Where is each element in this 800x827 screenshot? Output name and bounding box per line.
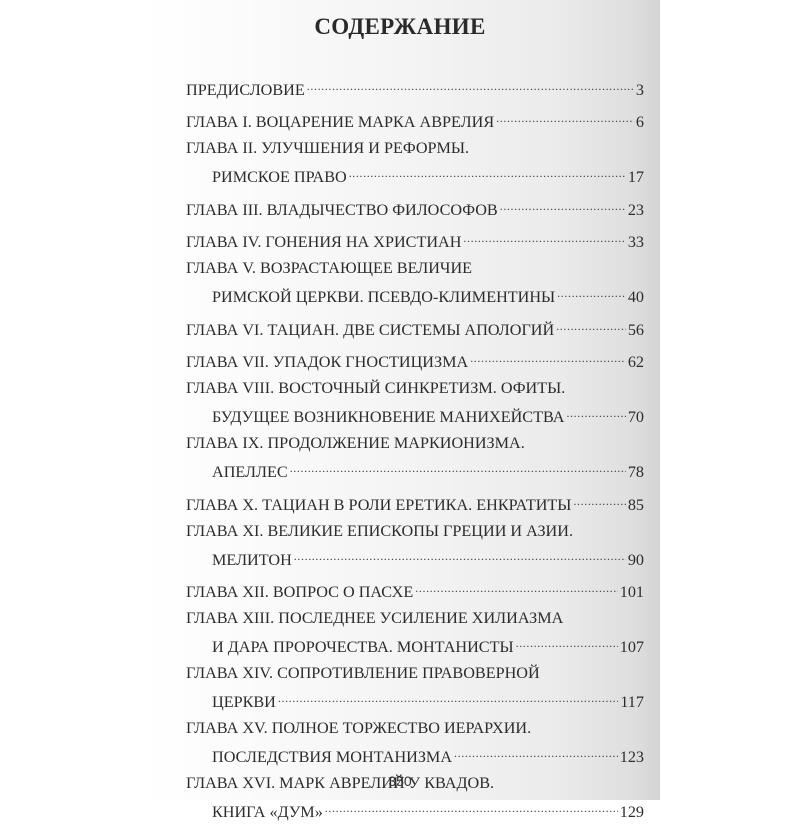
toc-entry-title: ПРЕДИСЛОВИЕ: [186, 79, 305, 102]
toc-entry: ГЛАВА III. ВЛАДЫЧЕСТВО ФИЛОСОФОВ23: [186, 192, 644, 215]
toc-entry-title: АПЕЛЛЕС: [212, 461, 288, 484]
dot-leader: [278, 685, 618, 708]
book-page: СОДЕРЖАНИЕ ПРЕДИСЛОВИЕ3ГЛАВА I. ВОЦАРЕНИ…: [140, 0, 660, 800]
toc-entry-title: ГЛАВА VI. ТАЦИАН. ДВЕ СИСТЕМЫ АПОЛОГИЙ: [186, 319, 554, 342]
toc-entry: ГЛАВА IV. ГОНЕНИЯ НА ХРИСТИАН33: [186, 225, 644, 248]
toc-entry-page: 56: [628, 319, 644, 342]
toc-entry: ГЛАВА II. УЛУЧШЕНИЯ И РЕФОРМЫ.РИМСКОЕ ПР…: [186, 137, 644, 182]
toc-entry-page: 90: [628, 549, 644, 572]
toc-entry-page: 23: [628, 199, 644, 222]
toc-entry-heading-line: ГЛАВА XV. ПОЛНОЕ ТОРЖЕСТВО ИЕРАРХИИ.: [186, 717, 644, 740]
toc-entry-continuation-line: БУДУЩЕЕ ВОЗНИКНОВЕНИЕ МАНИХЕЙСТВА70: [186, 400, 644, 423]
toc-entry: ГЛАВА VI. ТАЦИАН. ДВЕ СИСТЕМЫ АПОЛОГИЙ56: [186, 312, 644, 335]
dot-leader: [470, 345, 626, 368]
toc-entry-page: 117: [620, 691, 644, 714]
toc-entry-title: БУДУЩЕЕ ВОЗНИКНОВЕНИЕ МАНИХЕЙСТВА: [212, 406, 564, 429]
dot-leader: [496, 105, 634, 128]
toc-entry: ГЛАВА X. ТАЦИАН В РОЛИ ЕРЕТИКА. ЕНКРАТИТ…: [186, 487, 644, 510]
toc-entry: ГЛАВА IX. ПРОДОЛЖЕНИЕ МАРКИОНИЗМА.АПЕЛЛЕ…: [186, 432, 644, 477]
toc-entry-title: ГЛАВА XIV. СОПРОТИВЛЕНИЕ ПРАВОВЕРНОЙ: [186, 662, 540, 685]
toc-title: СОДЕРЖАНИЕ: [140, 14, 660, 40]
toc-entry-title: РИМСКОЕ ПРАВО: [212, 166, 347, 189]
toc-entry-page: 62: [628, 351, 644, 374]
toc-entry-page: 17: [628, 166, 644, 189]
toc-entry: ГЛАВА VIII. ВОСТОЧНЫЙ СИНКРЕТИЗМ. ОФИТЫ.…: [186, 377, 644, 422]
toc-entry: ГЛАВА XII. ВОПРОС О ПАСХЕ101: [186, 575, 644, 598]
toc-entry-page: 78: [628, 461, 644, 484]
toc-entry-page: 33: [628, 231, 644, 254]
toc-entry-page: 123: [620, 746, 644, 769]
toc-entry: ГЛАВА XI. ВЕЛИКИЕ ЕПИСКОПЫ ГРЕЦИИ И АЗИИ…: [186, 520, 644, 565]
toc-entry-title: РИМСКОЙ ЦЕРКВИ. ПСЕВДО-КЛИМЕНТИНЫ: [212, 286, 555, 309]
dot-leader: [566, 400, 625, 423]
toc-entry-heading-line: ГЛАВА XI. ВЕЛИКИЕ ЕПИСКОПЫ ГРЕЦИИ И АЗИИ…: [186, 520, 644, 543]
toc-entry-heading-line: ГЛАВА XIV. СОПРОТИВЛЕНИЕ ПРАВОВЕРНОЙ: [186, 662, 644, 685]
toc-entry-page: 3: [636, 79, 644, 102]
toc-entry-title: ГЛАВА V. ВОЗРАСТАЮЩЕЕ ВЕЛИЧИЕ: [186, 257, 472, 280]
toc-entry-page: 101: [620, 581, 644, 604]
toc-entry-title: ГЛАВА X. ТАЦИАН В РОЛИ ЕРЕТИКА. ЕНКРАТИТ…: [186, 494, 571, 517]
toc-entry-heading-line: ГЛАВА I. ВОЦАРЕНИЕ МАРКА АВРЕЛИЯ6: [186, 105, 644, 128]
dot-leader: [463, 225, 625, 248]
toc-entry-title: ГЛАВА XV. ПОЛНОЕ ТОРЖЕСТВО ИЕРАРХИИ.: [186, 717, 531, 740]
table-of-contents: ПРЕДИСЛОВИЕ3ГЛАВА I. ВОЦАРЕНИЕ МАРКА АВР…: [186, 72, 644, 800]
toc-entry-title: ГЛАВА XI. ВЕЛИКИЕ ЕПИСКОПЫ ГРЕЦИИ И АЗИИ…: [186, 520, 573, 543]
dot-leader: [500, 192, 626, 215]
toc-entry-page: 85: [628, 494, 644, 517]
toc-entry-continuation-line: РИМСКОЕ ПРАВО17: [186, 160, 644, 183]
toc-entry-page: 6: [636, 111, 644, 134]
dot-leader: [349, 160, 626, 183]
toc-entry-page: 40: [628, 286, 644, 309]
toc-entry-heading-line: ГЛАВА VIII. ВОСТОЧНЫЙ СИНКРЕТИЗМ. ОФИТЫ.: [186, 377, 644, 400]
toc-entry: ГЛАВА I. ВОЦАРЕНИЕ МАРКА АВРЕЛИЯ6: [186, 105, 644, 128]
toc-entry: ГЛАВА XIII. ПОСЛЕДНЕЕ УСИЛЕНИЕ ХИЛИАЗМАИ…: [186, 607, 644, 652]
dot-leader: [556, 312, 626, 335]
toc-entry-heading-line: ГЛАВА III. ВЛАДЫЧЕСТВО ФИЛОСОФОВ23: [186, 192, 644, 215]
dot-leader: [573, 487, 625, 510]
dot-leader: [415, 575, 617, 598]
dot-leader: [516, 630, 618, 653]
toc-entry-heading-line: ГЛАВА II. УЛУЧШЕНИЯ И РЕФОРМЫ.: [186, 137, 644, 160]
toc-entry-title: ГЛАВА II. УЛУЧШЕНИЯ И РЕФОРМЫ.: [186, 137, 469, 160]
toc-entry-heading-line: ГЛАВА V. ВОЗРАСТАЮЩЕЕ ВЕЛИЧИЕ: [186, 257, 644, 280]
dot-leader: [557, 280, 626, 303]
toc-entry-continuation-line: АПЕЛЛЕС78: [186, 455, 644, 478]
toc-entry-title: ГЛАВА III. ВЛАДЫЧЕСТВО ФИЛОСОФОВ: [186, 199, 498, 222]
toc-entry-heading-line: ГЛАВА IX. ПРОДОЛЖЕНИЕ МАРКИОНИЗМА.: [186, 432, 644, 455]
toc-entry-continuation-line: КНИГА «ДУМ»129: [186, 795, 644, 801]
toc-entry-continuation-line: РИМСКОЙ ЦЕРКВИ. ПСЕВДО-КЛИМЕНТИНЫ40: [186, 280, 644, 303]
toc-entry-heading-line: ПРЕДИСЛОВИЕ3: [186, 72, 644, 95]
toc-entry-continuation-line: И ДАРА ПРОРОЧЕСТВА. МОНТАНИСТЫ107: [186, 630, 644, 653]
toc-entry-heading-line: ГЛАВА XIII. ПОСЛЕДНЕЕ УСИЛЕНИЕ ХИЛИАЗМА: [186, 607, 644, 630]
toc-entry-continuation-line: МЕЛИТОН90: [186, 542, 644, 565]
toc-entry-page: 70: [628, 406, 644, 429]
toc-entry: ГЛАВА V. ВОЗРАСТАЮЩЕЕ ВЕЛИЧИЕРИМСКОЙ ЦЕР…: [186, 257, 644, 302]
toc-entry-continuation-line: ПОСЛЕДСТВИЯ МОНТАНИЗМА123: [186, 740, 644, 763]
dot-leader: [290, 455, 626, 478]
toc-entry: ГЛАВА XIV. СОПРОТИВЛЕНИЕ ПРАВОВЕРНОЙЦЕРК…: [186, 662, 644, 707]
toc-entry-title: ГЛАВА VIII. ВОСТОЧНЫЙ СИНКРЕТИЗМ. ОФИТЫ.: [186, 377, 565, 400]
toc-entry-title: ГЛАВА I. ВОЦАРЕНИЕ МАРКА АВРЕЛИЯ: [186, 111, 494, 134]
toc-entry-title: ГЛАВА IX. ПРОДОЛЖЕНИЕ МАРКИОНИЗМА.: [186, 432, 525, 455]
toc-entry: ПРЕДИСЛОВИЕ3: [186, 72, 644, 95]
toc-entry: ГЛАВА XV. ПОЛНОЕ ТОРЖЕСТВО ИЕРАРХИИ.ПОСЛ…: [186, 717, 644, 762]
dot-leader: [325, 795, 618, 801]
toc-entry-title: ГЛАВА XIII. ПОСЛЕДНЕЕ УСИЛЕНИЕ ХИЛИАЗМА: [186, 607, 563, 630]
toc-entry-title: ЦЕРКВИ: [212, 691, 276, 714]
toc-entry-title: ГЛАВА VII. УПАДОК ГНОСТИЦИЗМА: [186, 351, 468, 374]
toc-entry-continuation-line: ЦЕРКВИ117: [186, 685, 644, 708]
page-number: 350: [140, 773, 660, 789]
toc-entry-heading-line: ГЛАВА XII. ВОПРОС О ПАСХЕ101: [186, 575, 644, 598]
toc-entry-title: ГЛАВА IV. ГОНЕНИЯ НА ХРИСТИАН: [186, 231, 461, 254]
toc-entry-title: МЕЛИТОН: [212, 549, 292, 572]
dot-leader: [454, 740, 618, 763]
toc-entry: ГЛАВА VII. УПАДОК ГНОСТИЦИЗМА62: [186, 345, 644, 368]
toc-entry-heading-line: ГЛАВА VI. ТАЦИАН. ДВЕ СИСТЕМЫ АПОЛОГИЙ56: [186, 312, 644, 335]
dot-leader: [307, 72, 634, 95]
toc-entry-heading-line: ГЛАВА VII. УПАДОК ГНОСТИЦИЗМА62: [186, 345, 644, 368]
toc-entry-title: ПОСЛЕДСТВИЯ МОНТАНИЗМА: [212, 746, 452, 769]
toc-entry-heading-line: ГЛАВА IV. ГОНЕНИЯ НА ХРИСТИАН33: [186, 225, 644, 248]
toc-entry-title: И ДАРА ПРОРОЧЕСТВА. МОНТАНИСТЫ: [212, 636, 514, 659]
toc-entry-heading-line: ГЛАВА X. ТАЦИАН В РОЛИ ЕРЕТИКА. ЕНКРАТИТ…: [186, 487, 644, 510]
toc-entry-title: ГЛАВА XII. ВОПРОС О ПАСХЕ: [186, 581, 413, 604]
dot-leader: [294, 542, 626, 565]
toc-entry-page: 107: [620, 636, 644, 659]
